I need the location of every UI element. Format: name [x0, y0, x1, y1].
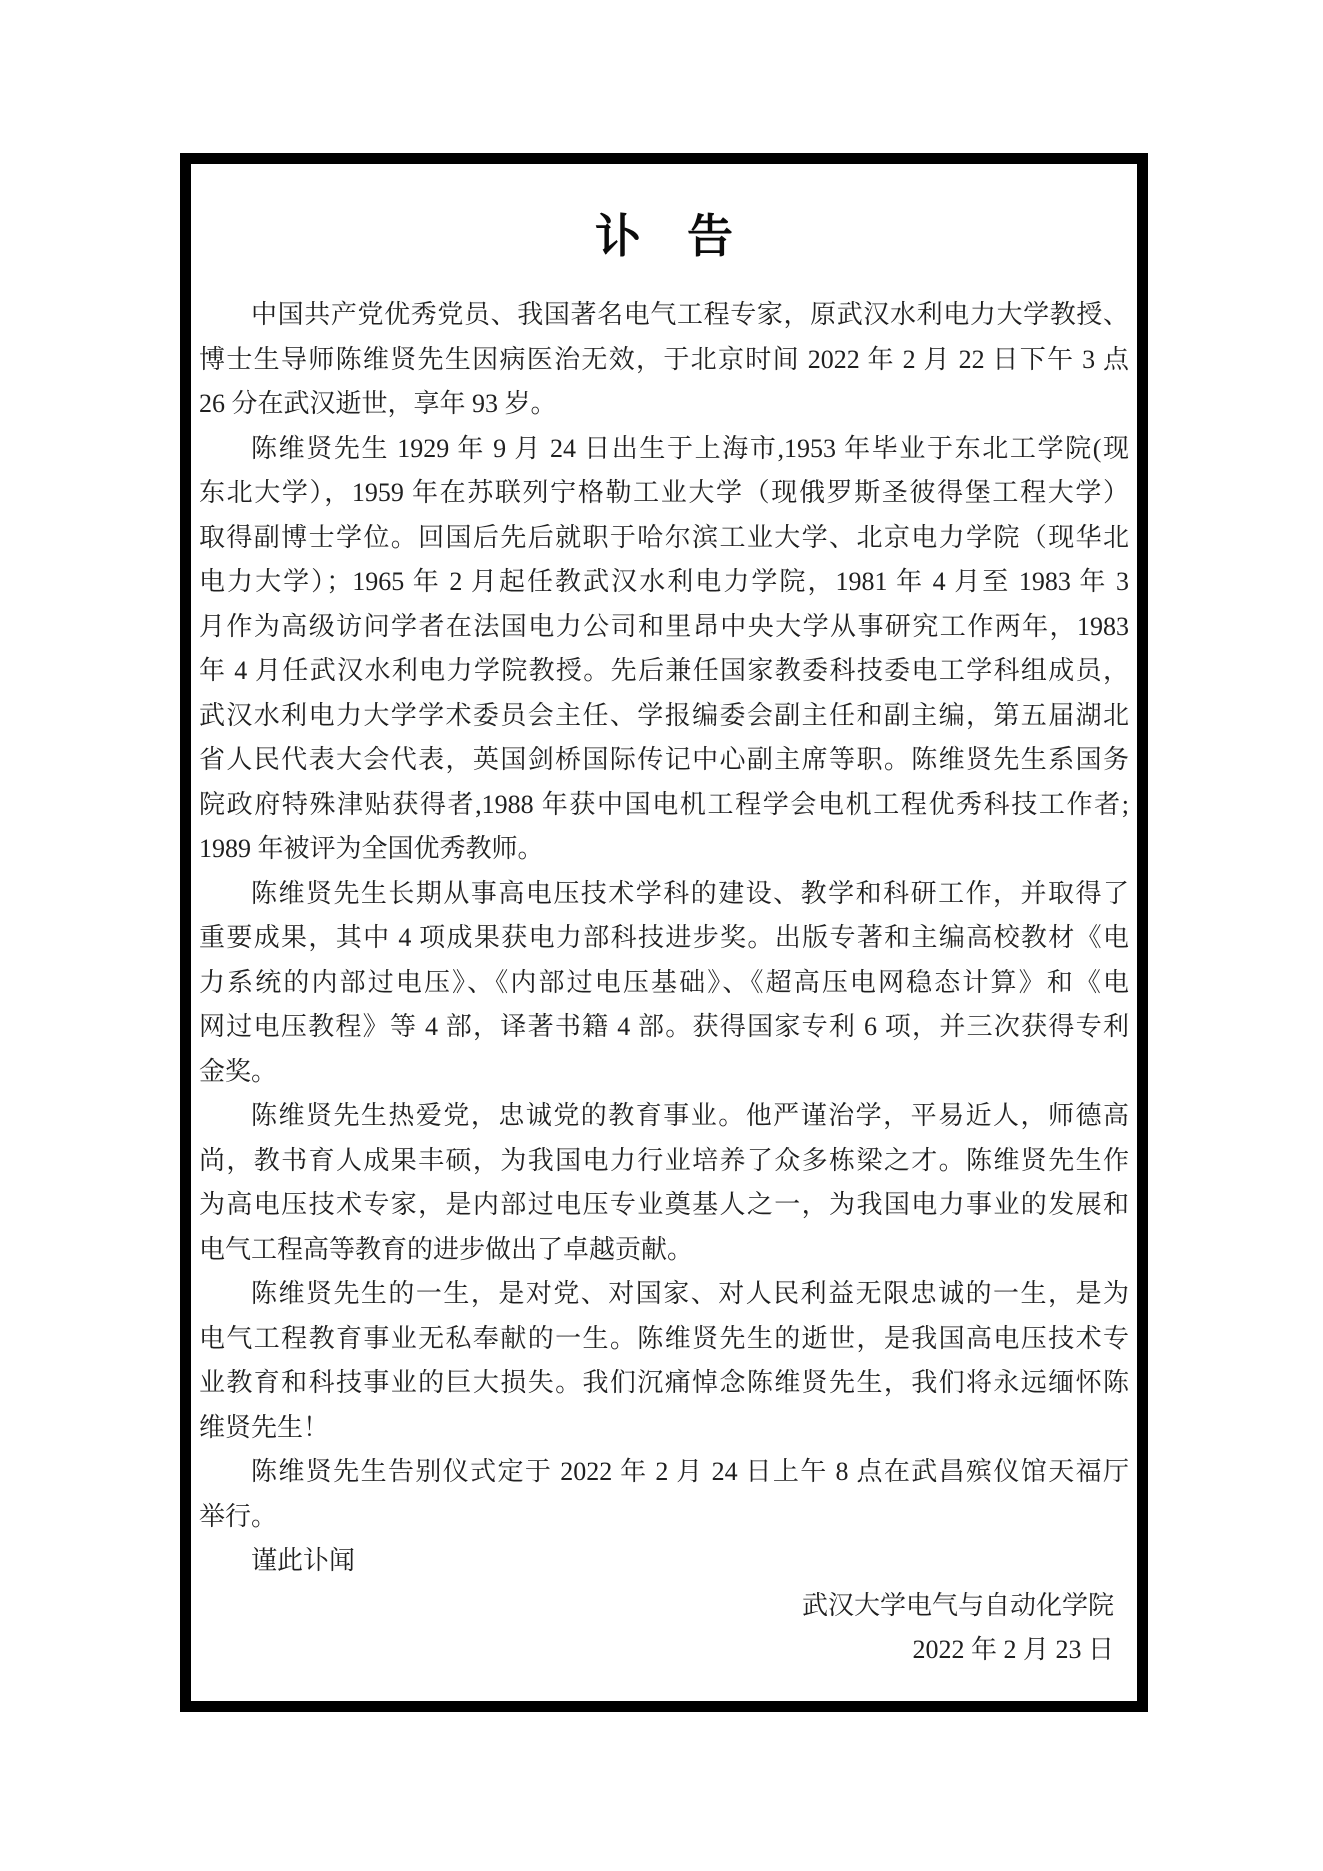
body-line: 业教育和科技事业的巨大损失。我们沉痛悼念陈维贤先生，我们将永远缅怀陈 — [199, 1361, 1129, 1406]
signature-org: 武汉大学电气与自动化学院 — [199, 1584, 1129, 1629]
body-line: 力系统的内部过电压》、《内部过电压基础》、《超高压电网稳态计算》和《电 — [199, 961, 1129, 1006]
body-line: 省人民代表大会代表，英国剑桥国际传记中心副主席等职。陈维贤先生系国务 — [199, 738, 1129, 783]
body-line: 年 4 月任武汉水利电力学院教授。先后兼任国家教委科技委电工学科组成员， — [199, 649, 1129, 694]
body-line: 举行。 — [199, 1495, 1129, 1540]
body-line: 电力大学）；1965 年 2 月起任教武汉水利电力学院，1981 年 4 月至 … — [199, 560, 1129, 605]
body-line: 博士生导师陈维贤先生因病医治无效，于北京时间 2022 年 2 月 22 日下午… — [199, 338, 1129, 383]
signature-date: 2022 年 2 月 23 日 — [199, 1628, 1129, 1673]
body-line: 武汉水利电力大学学术委员会主任、学报编委会副主任和副主编，第五届湖北 — [199, 694, 1129, 739]
body-line: 陈维贤先生长期从事高电压技术学科的建设、教学和科研工作，并取得了 — [199, 872, 1129, 917]
body-line: 陈维贤先生热爱党，忠诚党的教育事业。他严谨治学，平易近人，师德高 — [199, 1094, 1129, 1139]
body-line: 26 分在武汉逝世，享年 93 岁。 — [199, 382, 1129, 427]
obituary-frame: 讣 告 中国共产党优秀党员、我国著名电气工程专家，原武汉水利电力大学教授、 博士… — [180, 153, 1148, 1712]
obituary-content: 讣 告 中国共产党优秀党员、我国著名电气工程专家，原武汉水利电力大学教授、 博士… — [191, 205, 1137, 1673]
body-line: 维贤先生！ — [199, 1406, 1129, 1451]
body-line: 中国共产党优秀党员、我国著名电气工程专家，原武汉水利电力大学教授、 — [199, 293, 1129, 338]
body-line: 尚，教书育人成果丰硕，为我国电力行业培养了众多栋梁之才。陈维贤先生作 — [199, 1139, 1129, 1184]
body-line: 月作为高级访问学者在法国电力公司和里昂中央大学从事研究工作两年，1983 — [199, 605, 1129, 650]
body-line: 金奖。 — [199, 1050, 1129, 1095]
body-line: 电气工程高等教育的进步做出了卓越贡献。 — [199, 1228, 1129, 1273]
body-line: 陈维贤先生 1929 年 9 月 24 日出生于上海市,1953 年毕业于东北工… — [199, 427, 1129, 472]
body-line: 为高电压技术专家，是内部过电压专业奠基人之一，为我国电力事业的发展和 — [199, 1183, 1129, 1228]
body-line: 重要成果，其中 4 项成果获电力部科技进步奖。出版专著和主编高校教材《电 — [199, 916, 1129, 961]
body-line: 网过电压教程》等 4 部，译著书籍 4 部。获得国家专利 6 项，并三次获得专利 — [199, 1005, 1129, 1050]
body-line: 院政府特殊津贴获得者,1988 年获中国电机工程学会电机工程优秀科技工作者; — [199, 783, 1129, 828]
obituary-title: 讣 告 — [199, 205, 1129, 267]
closing-line: 谨此讣闻 — [199, 1539, 1129, 1584]
body-line: 陈维贤先生的一生，是对党、对国家、对人民利益无限忠诚的一生，是为 — [199, 1272, 1129, 1317]
body-line: 东北大学），1959 年在苏联列宁格勒工业大学（现俄罗斯圣彼得堡工程大学） — [199, 471, 1129, 516]
body-line: 1989 年被评为全国优秀教师。 — [199, 827, 1129, 872]
body-line: 陈维贤先生告别仪式定于 2022 年 2 月 24 日上午 8 点在武昌殡仪馆天… — [199, 1450, 1129, 1495]
body-line: 电气工程教育事业无私奉献的一生。陈维贤先生的逝世，是我国高电压技术专 — [199, 1317, 1129, 1362]
body-line: 取得副博士学位。回国后先后就职于哈尔滨工业大学、北京电力学院（现华北 — [199, 516, 1129, 561]
obituary-body: 中国共产党优秀党员、我国著名电气工程专家，原武汉水利电力大学教授、 博士生导师陈… — [199, 293, 1129, 1673]
